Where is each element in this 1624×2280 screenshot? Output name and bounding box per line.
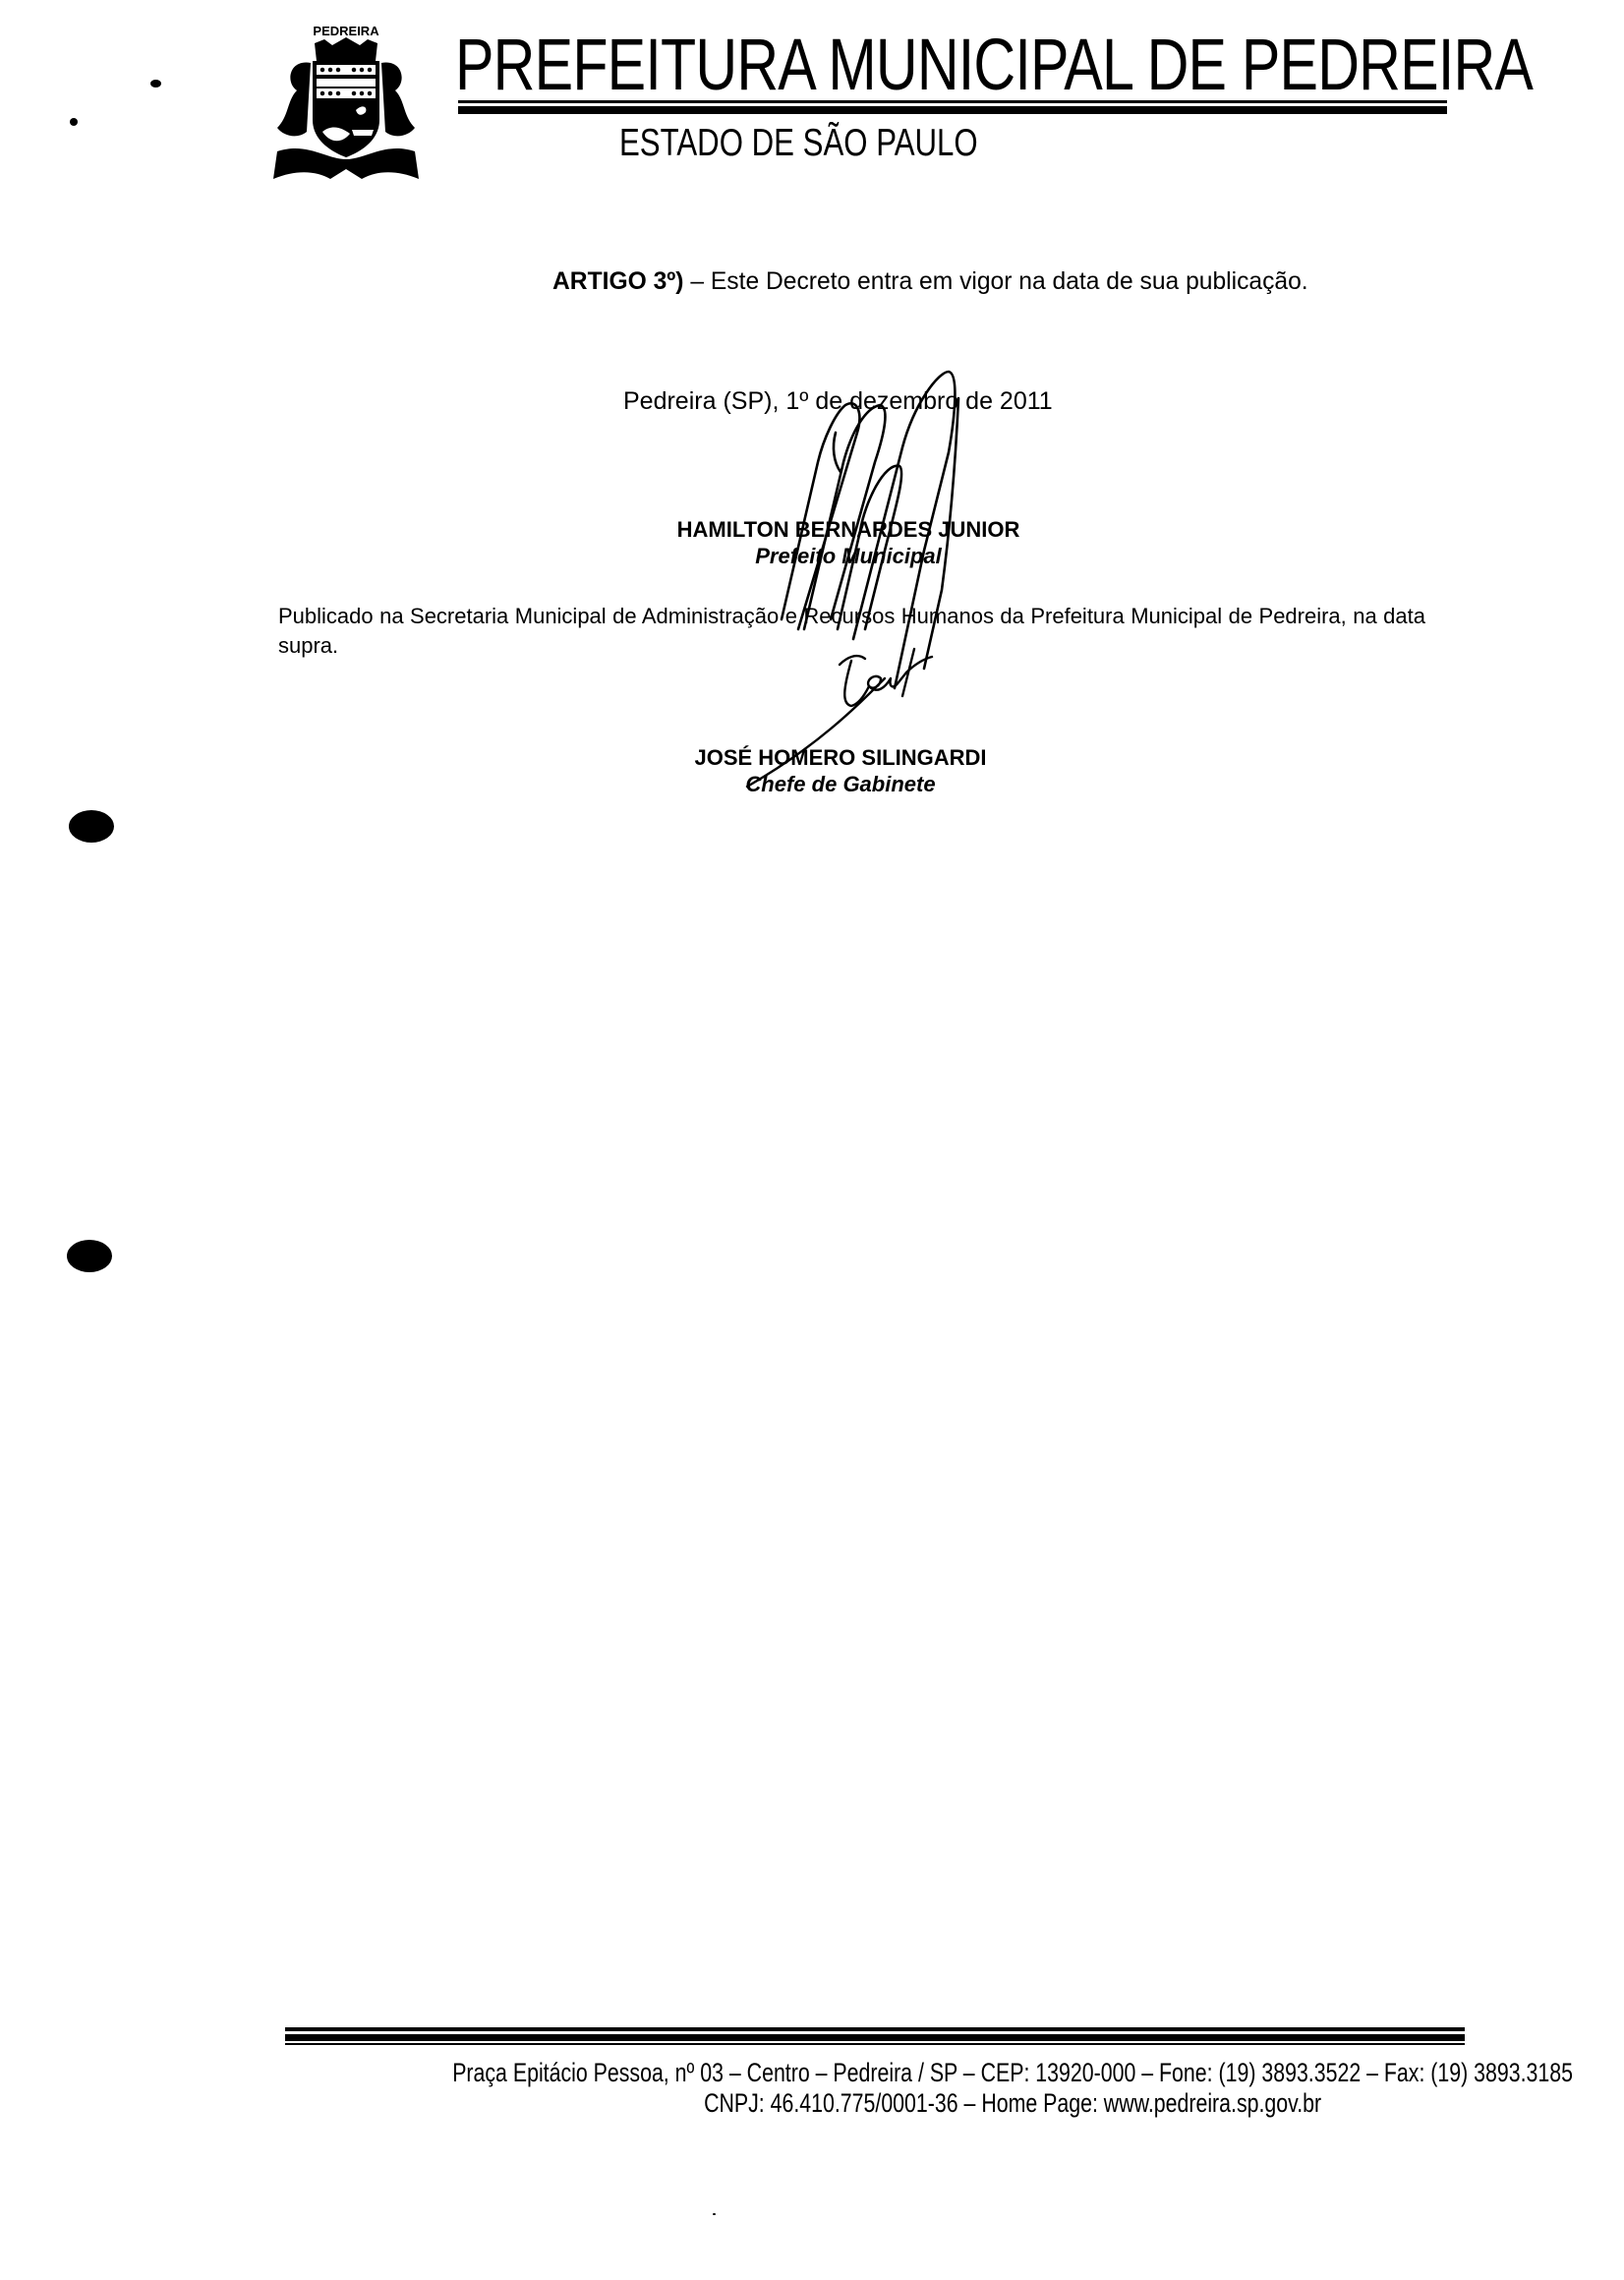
scan-speck	[713, 2213, 716, 2215]
footer-rule	[285, 2043, 1465, 2045]
article-label: ARTIGO 3º)	[552, 267, 683, 295]
punch-hole	[67, 1240, 112, 1272]
footer-rule	[285, 2027, 1465, 2031]
signatory-name: HAMILTON BERNARDES JUNIOR	[553, 516, 1143, 543]
state-subtitle: ESTADO DE SÃO PAULO	[619, 124, 978, 163]
signatory-name: JOSÉ HOMERO SILINGARDI	[546, 744, 1135, 771]
publication-note: Publicado na Secretaria Municipal de Adm…	[278, 602, 1425, 661]
footer-address: Praça Epitácio Pessoa, nº 03 – Centro – …	[321, 2058, 1624, 2087]
signature-block-chief: JOSÉ HOMERO SILINGARDI Chefe de Gabinete	[546, 744, 1135, 797]
signatory-role: Prefeito Municipal	[553, 543, 1143, 569]
header-rule-thin	[458, 100, 1447, 103]
article-3: ARTIGO 3º) – Este Decreto entra em vigor…	[552, 265, 1308, 297]
scan-speck	[70, 118, 78, 126]
footer-contact: CNPJ: 46.410.775/0001-36 – Home Page: ww…	[321, 2088, 1624, 2118]
article-text: – Este Decreto entra em vigor na data de…	[683, 267, 1307, 295]
institution-title: PREFEITURA MUNICIPAL DE PEDREIRA	[455, 26, 1253, 104]
dateline: Pedreira (SP), 1º de dezembro de 2011	[623, 385, 1053, 417]
punch-hole	[69, 810, 114, 843]
scan-speck	[150, 80, 161, 88]
signature-block-mayor: HAMILTON BERNARDES JUNIOR Prefeito Munic…	[553, 516, 1143, 569]
header-rule-thick	[458, 106, 1447, 114]
footer-rule	[285, 2034, 1465, 2041]
signatory-role: Chefe de Gabinete	[546, 771, 1135, 797]
coat-of-arms-icon: PEDREIRA	[267, 22, 425, 184]
handwritten-signatures	[0, 0, 1624, 2280]
crest-label: PEDREIRA	[313, 24, 379, 38]
